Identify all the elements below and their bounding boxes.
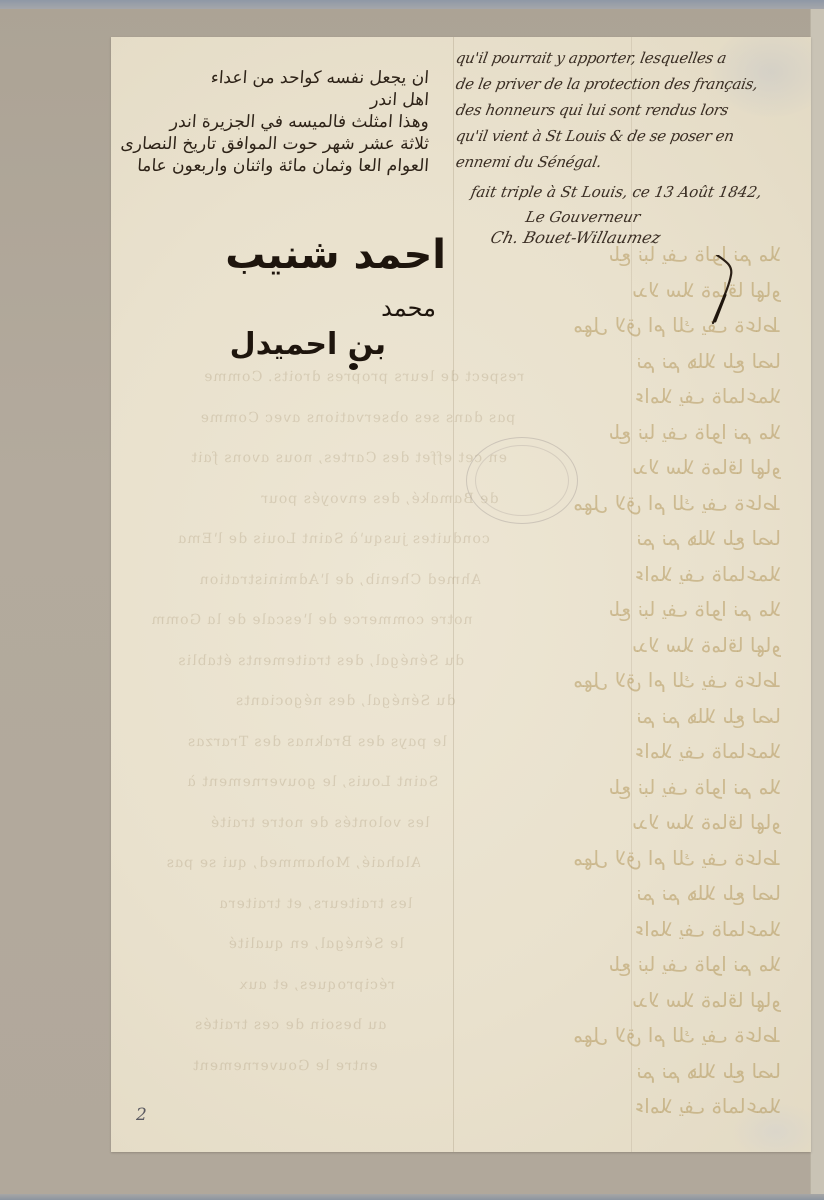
ink-blot	[349, 363, 358, 370]
governor-title: Le Gouverneur	[524, 208, 808, 226]
bleed-line: ءاملا يف ةلماعملا	[461, 557, 781, 593]
bleed-line: ءاملا يف ةلماعملا	[461, 379, 781, 415]
scanned-document-viewport: respect de leurs propres droits. Comme p…	[0, 0, 824, 1200]
bleed-line: ىلع نبا يف ةلوا نم ملا	[461, 947, 781, 983]
bleed-line: les volontés de notre traité	[111, 803, 434, 844]
scanner-top-edge	[0, 0, 824, 9]
bleed-line: مهل لاق ام لك يف ةعاط	[461, 663, 781, 699]
bleed-line: conduites jusqu'à Saint Louis de l'Ema	[165, 519, 494, 560]
arabic-line: اهل اندر	[138, 89, 430, 111]
french-date-line: fait triple à St Louis, ce 13 Août 1842,	[469, 183, 807, 201]
bleed-line: ىدلا سلا ةماقا لهاو	[461, 628, 781, 664]
arabic-signature-ibn-ahmidal: بن احميدل	[136, 327, 386, 362]
arabic-signature-muhammad: محمد	[261, 294, 436, 322]
bleed-line: du Sénégal, des traitements établis	[140, 641, 469, 682]
bleed-line: notre commerce de l'escale de la Gomme	[148, 600, 477, 641]
bleed-line: نم نم هللا ىلع لصا	[461, 344, 781, 380]
bleed-line: entre le Gouvernement	[111, 1046, 382, 1087]
scanner-bottom-edge	[0, 1194, 824, 1200]
bleed-line: les traiteurs, et traitera	[111, 884, 417, 925]
faint-circular-stamp	[466, 437, 578, 524]
french-line: de le priver de la protection des frança…	[454, 71, 809, 97]
bleed-line: ءاملا يف ةلماعملا	[461, 1089, 781, 1125]
arabic-text-block: ان يجعل نفسه كواحد من اعداء اهل اندر وهذ…	[139, 67, 439, 177]
bleed-line: Saint Louis, le gouvernement à	[114, 762, 443, 803]
bleed-line: مهل لاق ام لك يف ةعاط	[461, 841, 781, 877]
bleed-line: نم نم هللا ىلع لصا	[461, 521, 781, 557]
bleed-line: le pays des Braknas des Trarzas	[122, 722, 451, 763]
bleed-line: ىلع نبا يف ةلوا نم ملا	[461, 592, 781, 628]
bleed-line: ءاملا يف ةلماعملا	[461, 734, 781, 770]
bleed-line: Alahaié, Mohammed, qui se pas	[111, 843, 425, 884]
french-line: ennemi du Sénégal.	[454, 149, 809, 175]
bleed-line: نم نم هللا ىلع لصا	[461, 699, 781, 735]
page-number: 2	[136, 1105, 147, 1125]
bleed-line: le Sénégal, en qualité	[111, 924, 408, 965]
bleed-through-arabic: ىلع نبا يف ةلوا نم ملاىدلا سلا ةماقا لها…	[461, 237, 781, 1125]
bleed-line: de Bamaké, des envoyés pour	[174, 479, 503, 520]
bleed-line: نم نم هللا ىلع لصا	[461, 876, 781, 912]
bleed-line: ىدلا سلا ةماقا لهاو	[461, 983, 781, 1019]
arabic-signature-ahmed-shenib: احمد شنيب	[136, 232, 446, 278]
signature-flourish-icon	[711, 255, 751, 325]
french-line: des honneurs qui lui sont rendus lors	[454, 97, 809, 123]
bleed-line: ءاملا يف ةلماعملا	[461, 912, 781, 948]
arabic-line: وهذا امثلث فالميسه في الجزيرة اندر	[138, 111, 430, 133]
arabic-line: ثلاثة عشر شهر حوت الموافق تاريخ النصارى	[138, 133, 430, 155]
bleed-line: مهل لاق ام لك يف ةعاط	[461, 1018, 781, 1054]
bleed-line: Ahmed Chenib, de l'Administration	[157, 560, 486, 601]
governor-signature: Ch. Bouet-Willaumez	[489, 228, 809, 247]
mount-board-right	[810, 9, 824, 1194]
french-line: qu'il pourrait y apporter, lesquelles a	[454, 45, 809, 71]
arabic-line: العوام العا وثمان مائة واثنان واربعون عا…	[138, 155, 430, 177]
bleed-line: du Sénégal, des négociants	[131, 681, 460, 722]
bleed-line: réciproques, et aux	[111, 965, 399, 1006]
bleed-line: au besoin de ces traités	[111, 1005, 391, 1046]
bleed-line: نم نم هللا ىلع لصا	[461, 1054, 781, 1090]
bleed-line: ىدلا سلا ةماقا لهاو	[461, 805, 781, 841]
bleed-line: ىلع نبا يف ةلوا نم ملا	[461, 770, 781, 806]
manuscript-page: respect de leurs propres droits. Comme p…	[111, 37, 811, 1152]
french-text-block: qu'il pourrait y apporter, lesquelles a …	[456, 45, 806, 247]
french-line: qu'il vient à St Louis & de se poser en	[454, 123, 809, 149]
arabic-line: ان يجعل نفسه كواحد من اعداء	[138, 67, 430, 89]
